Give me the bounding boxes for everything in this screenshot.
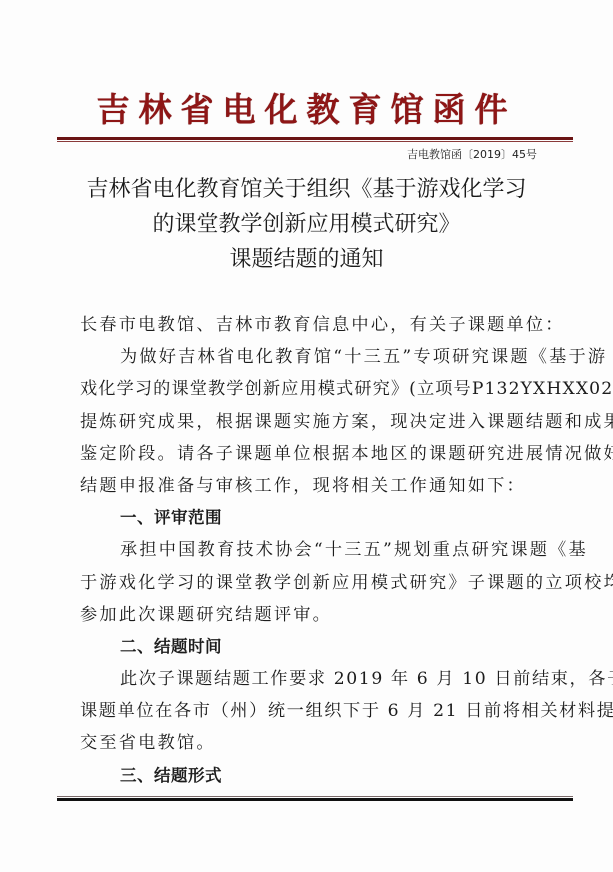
notice-title-line: 课题结题的通知 xyxy=(0,242,613,277)
body-line: 交至省电教馆。 xyxy=(80,727,550,759)
letterhead-divider xyxy=(57,137,573,142)
body-line: 为做好吉林省电化教育馆“十三五”专项研究课题《基于游 xyxy=(80,341,550,373)
notice-title-line: 吉林省电化教育馆关于组织《基于游戏化学习 xyxy=(0,172,613,207)
body-line: 结题申报准备与审核工作，现将相关工作通知如下： xyxy=(80,470,550,502)
body-line: 于游戏化学习的课堂教学创新应用模式研究》子课题的立项校均 xyxy=(80,567,550,599)
body-line: 此次子课题结题工作要求 2019 年 6 月 10 日前结束，各子 xyxy=(80,663,550,695)
body-line: 提炼研究成果，根据课题实施方案，现决定进入课题结题和成果 xyxy=(80,406,550,438)
document-number: 吉电教馆函〔2019〕45号 xyxy=(407,146,537,162)
letterhead-title: 吉林省电化教育馆函件 xyxy=(0,84,613,131)
document-page: 吉林省电化教育馆函件 吉电教馆函〔2019〕45号 吉林省电化教育馆关于组织《基… xyxy=(0,0,613,872)
body-line: 课题单位在各市（州）统一组织下于 6 月 21 日前将相关材料提 xyxy=(80,695,550,727)
footer-divider xyxy=(57,796,573,801)
addressee: 长春市电教馆、吉林市教育信息中心，有关子课题单位： xyxy=(80,309,550,341)
section-heading: 三、结题形式 xyxy=(80,760,550,792)
notice-body: 长春市电教馆、吉林市教育信息中心，有关子课题单位： 为做好吉林省电化教育馆“十三… xyxy=(80,309,550,792)
body-line: 戏化学习的课堂教学创新应用模式研究》(立项号P132YXHXX023)， xyxy=(80,373,550,405)
notice-title-line: 的课堂教学创新应用模式研究》 xyxy=(0,207,613,242)
notice-title: 吉林省电化教育馆关于组织《基于游戏化学习 的课堂教学创新应用模式研究》 课题结题… xyxy=(0,172,613,277)
body-line: 承担中国教育技术协会“十三五”规划重点研究课题《基 xyxy=(80,534,550,566)
body-line: 参加此次课题研究结题评审。 xyxy=(80,599,550,631)
section-heading: 一、评审范围 xyxy=(80,502,550,534)
body-line: 鉴定阶段。请各子课题单位根据本地区的课题研究进展情况做好 xyxy=(80,438,550,470)
section-heading: 二、结题时间 xyxy=(80,631,550,663)
